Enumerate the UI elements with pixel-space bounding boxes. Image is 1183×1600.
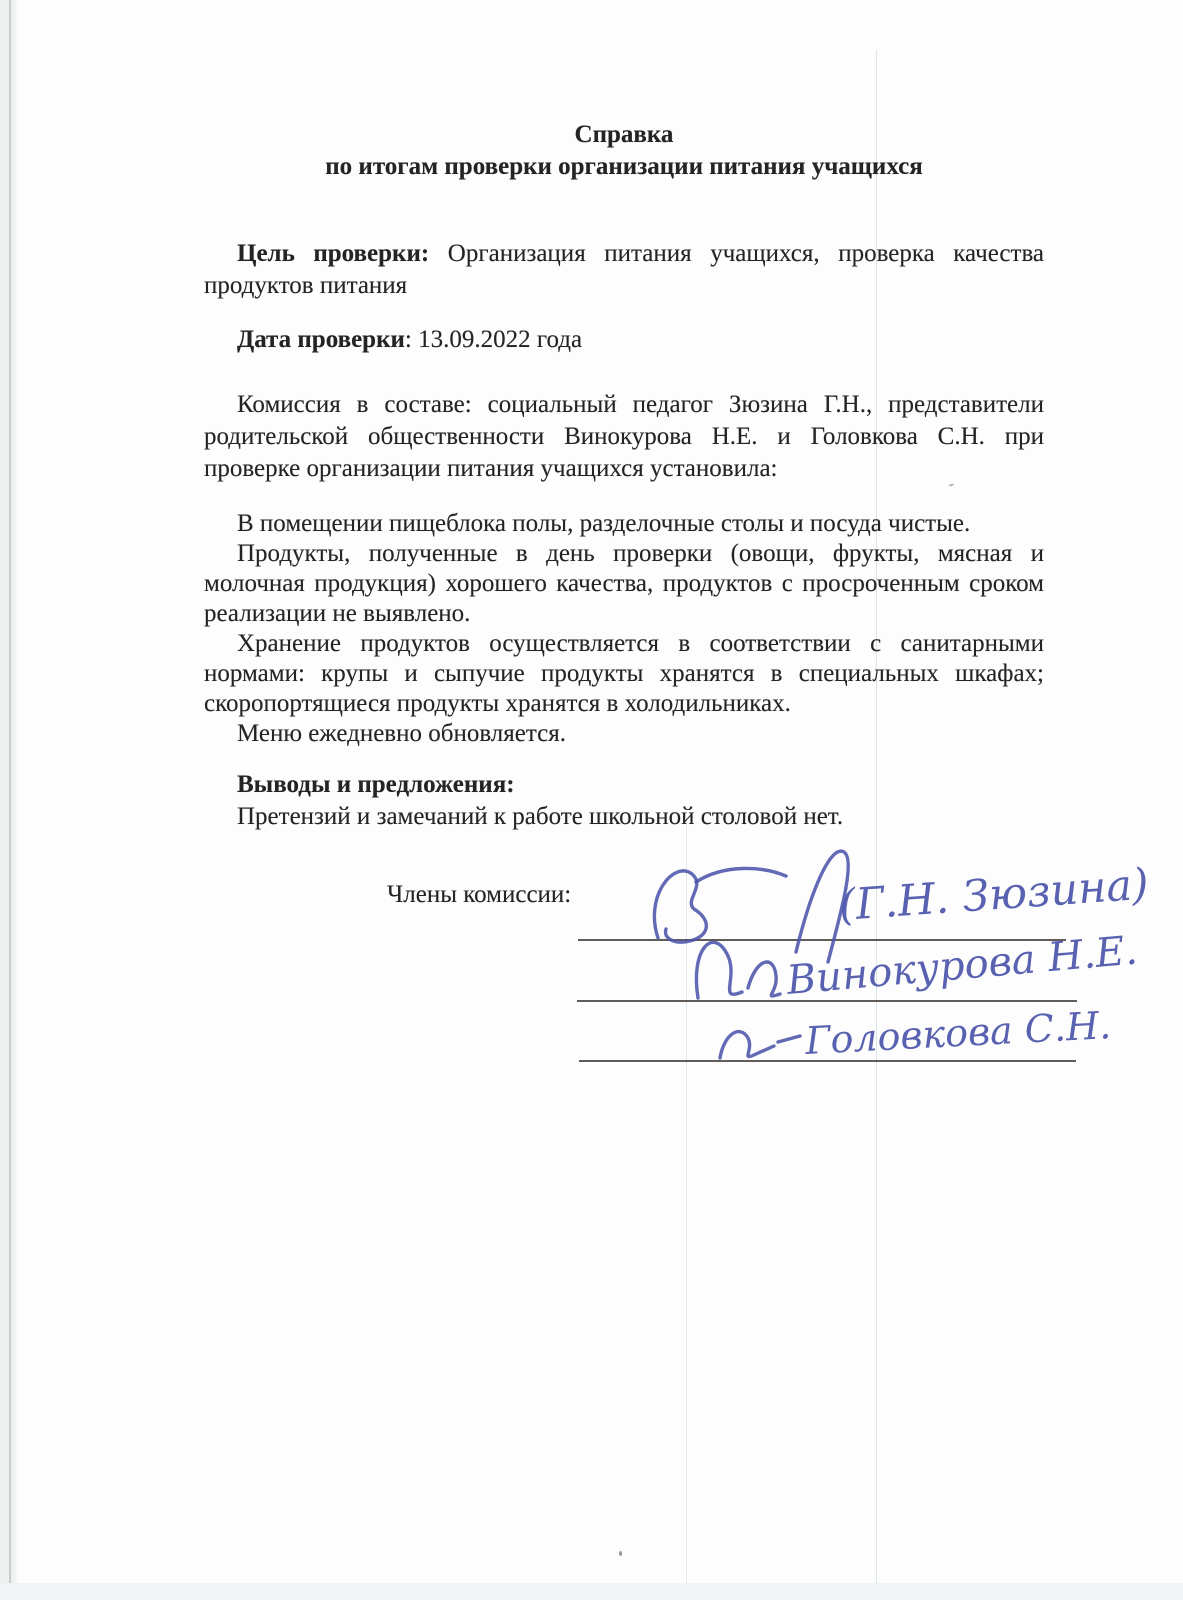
- signature-stroke-3: [720, 1032, 774, 1058]
- signature-name-3: Головкова С.Н.: [803, 1003, 1112, 1063]
- document-subtitle: по итогам проверки организации питания у…: [204, 151, 1044, 183]
- commission-line: Комиссия в составе: социальный педагог З…: [204, 389, 1044, 421]
- scanned-document-page: Справка по итогам проверки организации п…: [0, 0, 1183, 1600]
- signature-ink-overlay: (Г.Н. Зюзина) Винокурова Н.Е. Головкова …: [540, 830, 1160, 1090]
- signature-stroke-2: [696, 942, 742, 998]
- conclusions-heading: Выводы и предложения:: [204, 769, 1044, 801]
- signature-name-1: (Г.Н. Зюзина): [837, 859, 1150, 931]
- signature-name-2: Винокурова Н.Е.: [784, 927, 1139, 1004]
- document-title: Справка: [204, 119, 1044, 151]
- date-value: : 13.09.2022 года: [405, 326, 582, 353]
- purpose-label: Цель проверки:: [237, 240, 429, 267]
- scan-left-edge-fade: [11, 0, 19, 1583]
- finding-3-line: Хранение продуктов осуществляется в соот…: [204, 629, 1044, 659]
- finding-2-line: реализации не выявлено.: [204, 599, 1044, 629]
- conclusions-text: Претензий и замечаний к работе школьной …: [204, 801, 1044, 833]
- purpose-line-1: Цель проверки: Организация питания учащи…: [204, 238, 1044, 270]
- purpose-text: Организация питания учащихся, проверка к…: [448, 240, 1044, 267]
- finding-3-line: нормами: крупы и сыпучие продукты хранят…: [204, 659, 1044, 689]
- purpose-line-2: продуктов питания: [204, 270, 1044, 302]
- signature-stroke-3: [778, 1036, 800, 1042]
- purpose-paragraph: Цель проверки: Организация питания учащи…: [204, 238, 1044, 302]
- findings-section: В помещении пищеблока полы, разделочные …: [204, 509, 1044, 749]
- scan-bottom-edge: [0, 1583, 1183, 1600]
- date-paragraph: Дата проверки: 13.09.2022 года: [204, 324, 1044, 356]
- finding-2-line: молочная продукция) хорошего качества, п…: [204, 569, 1044, 599]
- date-label: Дата проверки: [237, 326, 405, 353]
- commission-line: проверке организации питания учащихся ус…: [204, 453, 1044, 485]
- signature-stroke-1: [696, 868, 786, 882]
- finding-3-line: скоропортящиеся продукты хранятся в холо…: [204, 689, 1044, 719]
- signature-stroke-2: [748, 962, 780, 996]
- finding-4: Меню ежедневно обновляется.: [204, 719, 1044, 749]
- commission-paragraph: Комиссия в составе: социальный педагог З…: [204, 389, 1044, 485]
- scan-left-edge: [0, 0, 9, 1583]
- finding-1: В помещении пищеблока полы, разделочные …: [204, 509, 1044, 539]
- scan-speck: [619, 1551, 622, 1556]
- commission-line: родительской общественности Винокурова Н…: [204, 421, 1044, 453]
- finding-2-line: Продукты, полученные в день проверки (ов…: [204, 539, 1044, 569]
